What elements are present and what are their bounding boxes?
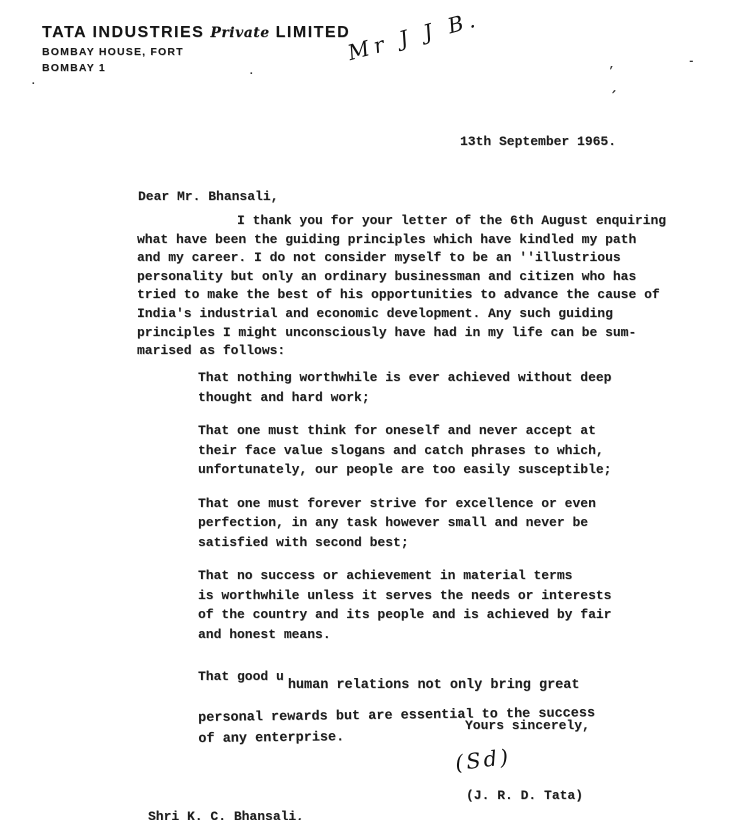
scan-speck: ’ bbox=[608, 66, 615, 78]
addressee-line: Shri K. C. Bhansali, bbox=[148, 808, 304, 820]
principle-paragraph: That one must forever strive for excelle… bbox=[198, 494, 668, 553]
good-paragraph-lead: That good u bbox=[198, 669, 284, 684]
principle-paragraph: That no success or achievement in materi… bbox=[198, 566, 668, 644]
principle-paragraph: That nothing worthwhile is ever achieved… bbox=[198, 368, 668, 407]
scan-speck: , bbox=[610, 83, 620, 97]
salutation: Dear Mr. Bhansali, bbox=[138, 188, 278, 207]
date-line: 13th September 1965. bbox=[460, 133, 616, 152]
letter-page: TATA INDUSTRIESPrivateLIMITED BOMBAY HOU… bbox=[0, 0, 753, 820]
opening-paragraph: I thank you for your letter of the 6th A… bbox=[137, 212, 667, 361]
scan-speck: - bbox=[688, 56, 695, 68]
valediction: Yours sincerely, bbox=[465, 717, 590, 736]
company-name-left: TATA INDUSTRIES bbox=[42, 24, 204, 41]
company-name-right: LIMITED bbox=[276, 24, 351, 41]
company-name: TATA INDUSTRIESPrivateLIMITED bbox=[42, 24, 350, 42]
good-paragraph-first-line: That good uhuman relations not only brin… bbox=[198, 667, 668, 689]
company-name-script: Private bbox=[204, 25, 275, 41]
good-paragraph-offset: human relations not only bring great bbox=[288, 676, 580, 697]
typed-signature: (J. R. D. Tata) bbox=[466, 787, 583, 806]
good-paragraph-rest: personal rewards but are essential to th… bbox=[198, 703, 668, 750]
principle-paragraph: That one must think for oneself and neve… bbox=[198, 421, 668, 480]
letterhead-address-line1: BOMBAY HOUSE, FORT bbox=[42, 46, 350, 58]
letterhead: TATA INDUSTRIESPrivateLIMITED BOMBAY HOU… bbox=[42, 24, 350, 74]
letterhead-address-line2: BOMBAY 1 bbox=[42, 62, 350, 74]
good-relations-paragraph: That good uhuman relations not only brin… bbox=[198, 646, 668, 770]
scan-speck: . bbox=[316, 30, 322, 41]
scan-speck: . bbox=[30, 76, 37, 88]
handwritten-note: Mr J J B. bbox=[345, 7, 482, 65]
principles-block: That nothing worthwhile is ever achieved… bbox=[198, 368, 668, 658]
scan-speck: . bbox=[248, 66, 255, 78]
